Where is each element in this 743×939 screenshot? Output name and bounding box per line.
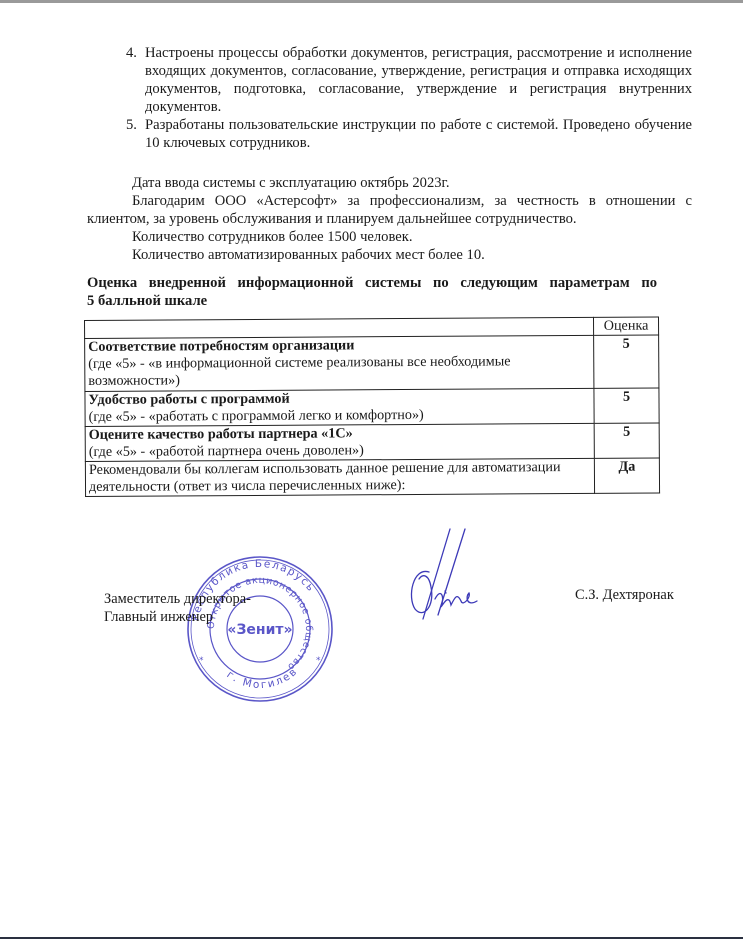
list-text: Настроены процессы обработки документов,… [145, 45, 692, 115]
company-stamp: Республика Беларусь Открытое акционерное… [185, 555, 335, 703]
signatory-role: Заместитель директора- Главный инженер [104, 590, 251, 626]
criterion-description: Рекомендовали бы коллегам использовать д… [89, 459, 591, 496]
handwritten-signature [405, 527, 485, 622]
signatory-name: С.З. Дехтяронак [575, 587, 674, 604]
svg-text:*: * [316, 656, 321, 666]
heading-line-2: 5 балльной шкале [87, 292, 692, 310]
document-page: 4.Настроены процессы обработки документо… [0, 0, 743, 939]
criterion-description: (где «5» - «в информационной системе реа… [88, 353, 590, 390]
score-cell: 5 [594, 335, 659, 388]
criterion-cell: Рекомендовали бы коллегам использовать д… [85, 458, 594, 496]
table-row: Соответствие потребностям организации (г… [85, 335, 659, 392]
list-item: 5.Разработаны пользовательские инструкци… [126, 116, 692, 152]
criterion-cell: Соответствие потребностям организации (г… [85, 335, 594, 391]
staff-count-paragraph: Количество сотрудников более 1500 челове… [132, 228, 413, 246]
list-item: 4.Настроены процессы обработки документо… [126, 44, 692, 116]
rating-table: Оценка Соответствие потребностям организ… [84, 316, 660, 497]
svg-text:*: * [199, 656, 204, 666]
rating-heading: Оценка внедренной информационной системы… [87, 274, 692, 310]
table-row: Оцените качество работы партнера «1С» (г… [85, 423, 659, 462]
score-cell: 5 [594, 423, 659, 458]
numbered-list: 4.Настроены процессы обработки документо… [126, 44, 692, 152]
list-number: 4. [126, 44, 137, 62]
table-row: Удобство работы с программой (где «5» - … [85, 388, 659, 427]
list-number: 5. [126, 116, 137, 134]
thanks-paragraph: Благодарим ООО «Астерсофт» за профессион… [87, 192, 692, 228]
stamp-bottom-text: г. Могилев [224, 665, 300, 691]
heading-line-1: Оценка внедренной информационной системы… [87, 274, 692, 292]
role-line-2: Главный инженер [104, 608, 251, 626]
role-line-1: Заместитель директора- [104, 590, 251, 608]
criterion-cell: Удобство работы с программой (где «5» - … [85, 388, 594, 426]
score-cell: Да [594, 458, 659, 493]
header-score: Оценка [593, 317, 658, 335]
criterion-cell: Оцените качество работы партнера «1С» (г… [85, 423, 594, 461]
table-row: Рекомендовали бы коллегам использовать д… [85, 458, 659, 497]
list-text: Разработаны пользовательские инструкции … [145, 117, 692, 151]
launch-date-paragraph: Дата ввода системы с эксплуатацию октябр… [132, 174, 450, 192]
workplaces-paragraph: Количество автоматизированных рабочих ме… [132, 246, 485, 264]
score-cell: 5 [594, 388, 659, 423]
